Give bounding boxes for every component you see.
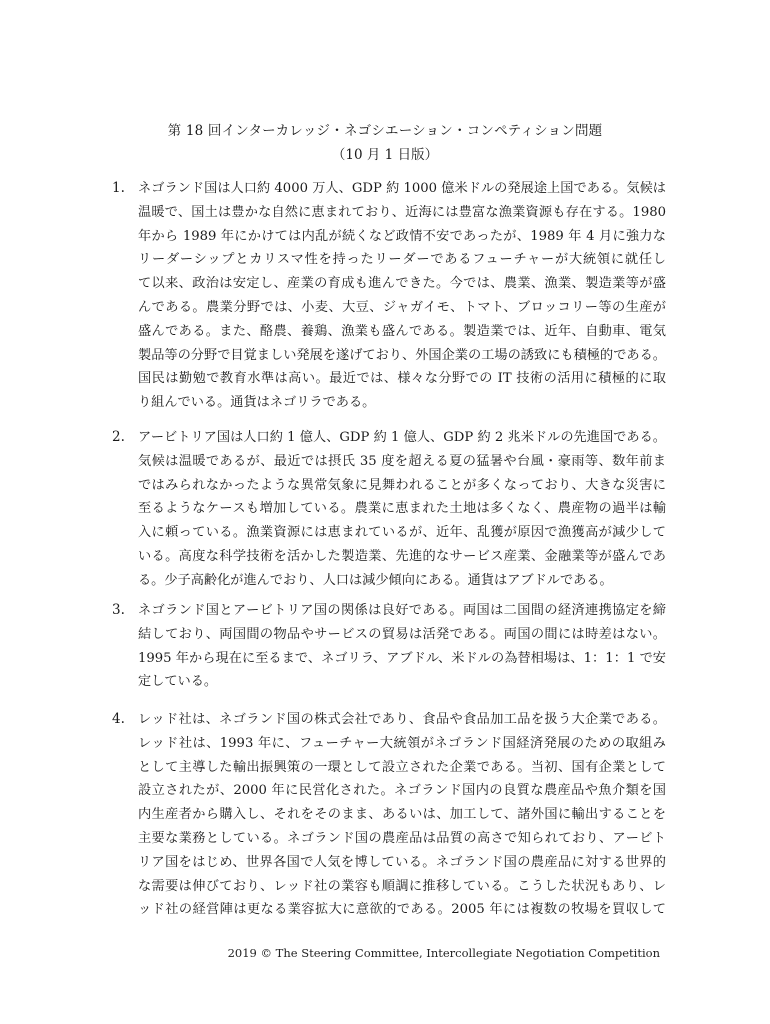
item-paragraph: アービトリア国は人口約 1 億人、GDP 約 1 億人、GDP 約 2 兆米ドル… xyxy=(138,426,666,593)
paragraph-line: ネゴランド国は人口約 4000 万人、GDP 約 1000 億米ドルの発展途上国… xyxy=(138,177,666,201)
paragraph-line: 盛んである。また、酪農、養鶏、漁業も盛んである。製造業では、近年、自動車、電気 xyxy=(138,320,666,344)
paragraph-line: として主導した輸出振興策の一環として設立された企業である。当初、国有企業として xyxy=(138,756,666,780)
item-number: 2. xyxy=(112,426,125,450)
item-paragraph: レッド社は、ネゴランド国の株式会社であり、食品や食品加工品を扱う大企業である。 … xyxy=(138,708,666,922)
paragraph-line: レッド社は、1993 年に、フューチャー大統領がネゴランド国経済発展のための取組… xyxy=(138,732,666,756)
paragraph-line: 1995 年から現在に至るまで、ネゴリラ、アブドル、米ドルの為替相場は、1：1：… xyxy=(138,647,666,671)
paragraph-line: る。少子高齢化が進んでおり、人口は減少傾向にある。通貨はアブドルである。 xyxy=(138,569,666,593)
paragraph-line: 製品等の分野で目覚ましい発展を遂げており、外国企業の工場の誘致にも積極的である。 xyxy=(138,344,666,368)
paragraph-line: んである。農業分野では、小麦、大豆、ジャガイモ、トマト、ブロッコリー等の生産が xyxy=(138,296,666,320)
paragraph-line: 定している。 xyxy=(138,670,666,694)
paragraph-line: ネゴランド国とアービトリア国の関係は良好である。両国は二国間の経済連携協定を締 xyxy=(138,599,666,623)
paragraph-line: 主要な業務としている。ネゴランド国の農産品は品質の高さで知られており、アービト xyxy=(138,827,666,851)
paragraph-line: な需要は伸びており、レッド社の業容も順調に推移している。こうした状況もあり、レ xyxy=(138,875,666,899)
paragraph-line: 内生産者から購入し、それをそのまま、あるいは、加工して、諸外国に輸出することを xyxy=(138,803,666,827)
paragraph-line: 気候は温暖であるが、最近では摂氏 35 度を超える夏の猛暑や台風・豪雨等、数年前… xyxy=(138,450,666,474)
paragraph-line: 年から 1989 年にかけては内乱が続くなど政情不安であったが、1989 年 4… xyxy=(138,225,666,249)
paragraph-line: アービトリア国は人口約 1 億人、GDP 約 1 億人、GDP 約 2 兆米ドル… xyxy=(138,426,666,450)
copyright-footer: 2019 © The Steering Committee, Intercoll… xyxy=(228,945,660,961)
paragraph-line: 設立されたが、2000 年に民営化された。ネゴランド国内の良質な農産品や魚介類を… xyxy=(138,779,666,803)
paragraph-line: 入に頼っている。漁業資源には恵まれているが、近年、乱獲が原因で漁獲高が減少して xyxy=(138,521,666,545)
paragraph-line: り組んでいる。通貨はネゴリラである。 xyxy=(138,391,666,415)
paragraph-line: いる。高度な科学技術を活かした製造業、先進的なサービス産業、金融業等が盛んであ xyxy=(138,545,666,569)
paragraph-line: て以来、政治は安定し、産業の育成も進んできた。今では、農業、漁業、製造業等が盛 xyxy=(138,272,666,296)
paragraph-line: リーダーシップとカリスマ性を持ったリーダーであるフューチャーが大統領に就任し xyxy=(138,248,666,272)
paragraph-line: ではみられなかったような異常気象に見舞われることが多くなっており、大きな災害に xyxy=(138,474,666,498)
paragraph-line: 国民は勤勉で教育水準は高い。最近では、様々な分野での IT 技術の活用に積極的に… xyxy=(138,367,666,391)
item-number: 3. xyxy=(112,599,125,623)
paragraph-line: リア国をはじめ、世界各国で人気を博している。ネゴランド国の農産品に対する世界的 xyxy=(138,851,666,875)
page-title: 第 18 回インターカレッジ・ネゴシエーション・コンペティション問題 xyxy=(0,121,770,141)
item-paragraph: ネゴランド国は人口約 4000 万人、GDP 約 1000 億米ドルの発展途上国… xyxy=(138,177,666,415)
paragraph-line: レッド社は、ネゴランド国の株式会社であり、食品や食品加工品を扱う大企業である。 xyxy=(138,708,666,732)
paragraph-line: ッド社の経営陣は更なる業容拡大に意欲的である。2005 年には複数の牧場を買収し… xyxy=(138,898,666,922)
paragraph-line: 温暖で、国土は豊かな自然に恵まれており、近海には豊富な漁業資源も存在する。198… xyxy=(138,201,666,225)
page-subtitle: （10 月 1 日版） xyxy=(0,145,770,165)
item-paragraph: ネゴランド国とアービトリア国の関係は良好である。両国は二国間の経済連携協定を締 … xyxy=(138,599,666,694)
paragraph-line: 結しており、両国間の物品やサービスの貿易は活発である。両国の間には時差はない。 xyxy=(138,623,666,647)
item-number: 1. xyxy=(112,177,125,201)
item-number: 4. xyxy=(112,708,125,732)
paragraph-line: 至るようなケースも増加している。農業に恵まれた土地は多くなく、農産物の過半は輸 xyxy=(138,497,666,521)
